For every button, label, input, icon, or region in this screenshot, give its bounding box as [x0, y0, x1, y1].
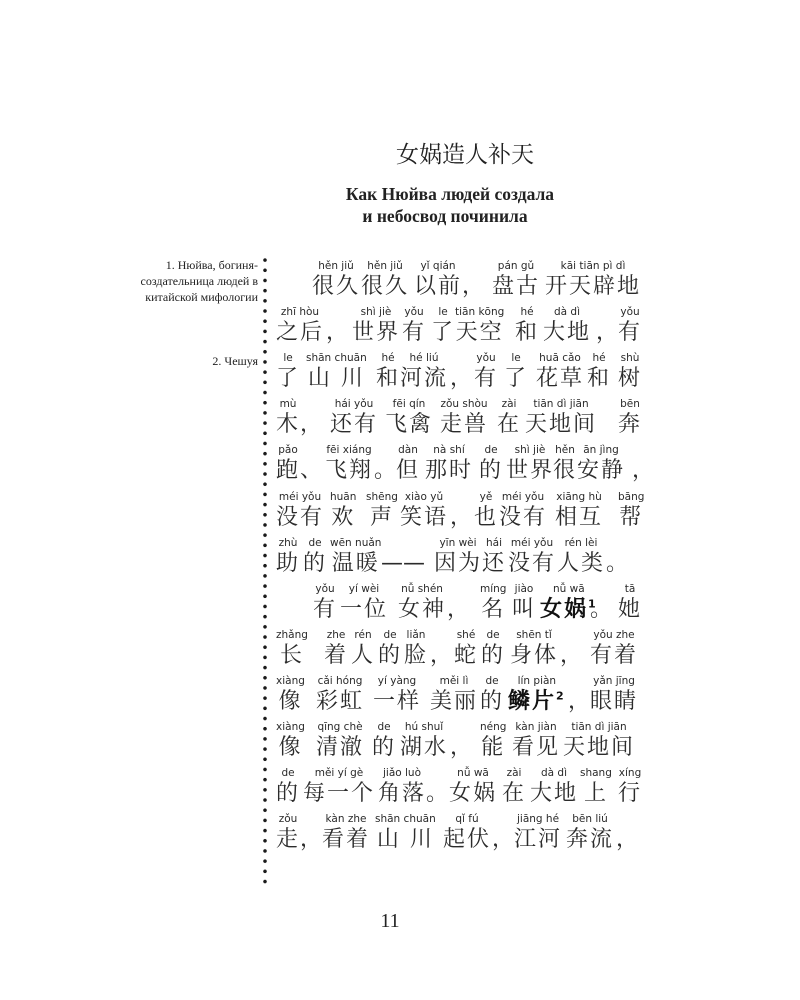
- text-line: xiàng像cǎi hóng彩虹yí yàng一样měi lì美丽de的lín …: [0, 674, 800, 720]
- subtitle-line-2: и небосвод починила: [0, 206, 800, 227]
- pinyin: mù: [280, 397, 297, 412]
- hanzi: 有: [402, 320, 426, 346]
- pinyin: zài: [502, 397, 517, 412]
- hanzi: 在: [502, 781, 526, 807]
- hanzi: 但: [396, 458, 420, 484]
- pinyin: bēn: [620, 397, 640, 412]
- pinyin: hěn jiǔ: [367, 259, 403, 274]
- hanzi: 很久: [361, 274, 409, 300]
- hanzi: 女神: [398, 597, 446, 623]
- word: yǒu zhe有着: [590, 628, 638, 669]
- hanzi: 一样: [373, 689, 421, 715]
- pinyin: de: [383, 628, 396, 643]
- punctuation: 。: [590, 597, 612, 623]
- hanzi: 和: [515, 320, 539, 346]
- word: bēn liú奔流: [566, 812, 614, 853]
- text-line: zhù助de的wēn nuǎn温暖——yīn wèi因为hái还méi yǒu没…: [0, 536, 800, 582]
- pinyin: tā: [625, 582, 636, 597]
- punctuation: ，: [447, 597, 469, 623]
- pinyin: měi yí gè: [315, 766, 364, 781]
- hanzi: 看着: [322, 827, 370, 853]
- pinyin: hái: [486, 536, 502, 551]
- hanzi: 有: [313, 597, 337, 623]
- pinyin: kàn jiàn: [515, 720, 556, 735]
- hanzi: 那时: [425, 458, 473, 484]
- hanzi: 没有: [499, 505, 547, 531]
- text-line: zǒu走，kàn zhe看着shān chuān山 川qǐ fú起伏，jiāng…: [0, 812, 800, 858]
- hanzi: 叫: [512, 597, 536, 623]
- word: xiào yǔ笑语: [400, 490, 448, 531]
- pinyin: xiào yǔ: [405, 490, 443, 505]
- pinyin: nǚ shén: [401, 582, 443, 597]
- word: huā cǎo花草: [536, 351, 584, 392]
- hanzi: 盘古: [492, 274, 540, 300]
- text-line: de的měi yí gè每一个jiǎo luò角落。nǚ wā女娲zài在dà …: [0, 766, 800, 812]
- word: rén lèi人类: [557, 536, 605, 577]
- word: de的: [479, 443, 503, 484]
- pinyin: yǒu: [476, 351, 495, 366]
- pinyin: shì jiè: [515, 443, 546, 458]
- hanzi: 能: [481, 735, 505, 761]
- pinyin: yě: [480, 490, 493, 505]
- word: de的: [303, 536, 327, 577]
- punctuation: 。: [606, 551, 628, 577]
- hanzi: 有: [474, 366, 498, 392]
- pinyin: tiān dì jiān: [533, 397, 588, 412]
- word: yǎn jīng眼睛: [590, 674, 638, 715]
- word: dàn但: [396, 443, 420, 484]
- word: méi yǒu没有: [508, 536, 556, 577]
- punctuation: ，: [560, 643, 582, 669]
- word: jiǎo luò角落: [378, 766, 426, 807]
- hanzi: 木: [276, 412, 300, 438]
- hanzi: 女娲: [449, 781, 497, 807]
- pinyin: le: [283, 351, 292, 366]
- word: xiāng hù相互: [555, 490, 603, 531]
- hanzi: 眼睛: [590, 689, 638, 715]
- pinyin: le: [438, 305, 447, 320]
- pinyin: de: [281, 766, 294, 781]
- hanzi: 温暖: [332, 551, 380, 577]
- pinyin: de: [377, 720, 390, 735]
- pinyin: hú shuǐ: [405, 720, 443, 735]
- hanzi: 的: [479, 458, 503, 484]
- hanzi: 飞禽: [385, 412, 433, 438]
- pinyin: yǒu: [620, 305, 639, 320]
- word: yǒu有: [313, 582, 337, 623]
- text-line: méi yǒu没有huān欢shēng声xiào yǔ笑语，yě也méi yǒu…: [0, 490, 800, 536]
- word: zhù助: [276, 536, 300, 577]
- word: bēn奔: [618, 397, 642, 438]
- pinyin: zhù: [279, 536, 298, 551]
- word: shēn tǐ身体: [510, 628, 558, 669]
- pinyin: hái yǒu: [335, 397, 374, 412]
- pinyin: zhe: [327, 628, 346, 643]
- pinyin: ān jìng: [583, 443, 619, 458]
- punctuation: ，: [300, 827, 322, 853]
- hanzi: 每一个: [303, 781, 375, 807]
- pinyin: nǚ wā: [553, 582, 585, 597]
- hanzi: 帮: [619, 505, 643, 531]
- pinyin: shì jiè: [361, 305, 392, 320]
- pinyin: hé: [592, 351, 605, 366]
- word: fēi qín飞禽: [385, 397, 433, 438]
- pinyin: hěn jiǔ: [318, 259, 354, 274]
- pinyin: míng: [480, 582, 506, 597]
- punctuation: ，: [462, 274, 484, 300]
- pinyin: néng: [480, 720, 506, 735]
- word: qǐ fú起伏: [443, 812, 491, 853]
- pinyin: zhī hòu: [281, 305, 319, 320]
- pinyin: pǎo: [278, 443, 298, 458]
- pinyin: nà shí: [433, 443, 464, 458]
- hanzi: 角落: [378, 781, 426, 807]
- pinyin: dà dì: [554, 305, 580, 320]
- punctuation: 。: [426, 781, 448, 807]
- hanzi: 跑: [276, 458, 300, 484]
- punctuation: ，: [326, 320, 348, 346]
- word: zhī hòu之后: [276, 305, 324, 346]
- hanzi: 身体: [510, 643, 558, 669]
- word: rén人: [351, 628, 375, 669]
- hanzi: 有: [618, 320, 642, 346]
- word: bāng帮: [618, 490, 644, 531]
- word: pán gǔ盘古: [492, 259, 540, 300]
- word: dà dì大地: [530, 766, 578, 807]
- word: jiào叫: [512, 582, 536, 623]
- pinyin: xíng: [619, 766, 641, 781]
- punctuation: ，: [450, 735, 472, 761]
- word: de的: [378, 628, 402, 669]
- hanzi: 和: [376, 366, 400, 392]
- hanzi: 的: [303, 551, 327, 577]
- word: shān chuān山 川: [375, 812, 436, 853]
- hanzi: 奔流: [566, 827, 614, 853]
- hanzi: 美丽: [430, 689, 478, 715]
- word: hái yǒu还有: [330, 397, 378, 438]
- punctuation: ，: [300, 412, 322, 438]
- word: xíng行: [618, 766, 642, 807]
- word: mù木: [276, 397, 300, 438]
- pinyin: jiāng hé: [517, 812, 559, 827]
- hanzi: 人: [351, 643, 375, 669]
- hanzi: 天空: [456, 320, 504, 346]
- hanzi: 有着: [590, 643, 638, 669]
- hanzi: 欢: [331, 505, 355, 531]
- hanzi: 天地间: [525, 412, 597, 438]
- hanzi: 大地: [543, 320, 591, 346]
- page-title: 女娲造人补天: [0, 136, 800, 169]
- word: yīn wèi因为: [434, 536, 482, 577]
- pinyin: shān chuān: [306, 351, 367, 366]
- text-line: zhī hòu之后，shì jiè世界yǒu有le了tiān kōng天空hé和…: [0, 305, 800, 351]
- pinyin: shang: [580, 766, 612, 781]
- pinyin: jiǎo luò: [383, 766, 421, 781]
- word: hái还: [482, 536, 506, 577]
- text-line: hěn jiǔ很久hěn jiǔ很久yǐ qián以前，pán gǔ盘古kāi …: [0, 259, 800, 305]
- pinyin: kàn zhe: [326, 812, 367, 827]
- word: le了: [276, 351, 300, 392]
- hanzi: 的: [480, 689, 504, 715]
- hanzi: 了: [504, 366, 528, 392]
- pinyin: jiào: [515, 582, 534, 597]
- word: pǎo跑: [276, 443, 300, 484]
- hanzi: 彩虹: [316, 689, 364, 715]
- pinyin: de: [485, 674, 498, 689]
- word: cǎi hóng彩虹: [316, 674, 364, 715]
- subtitle-line-1: Как Нюйва людей создала: [0, 184, 800, 205]
- word: de的: [276, 766, 300, 807]
- pinyin: rén: [354, 628, 371, 643]
- word: hé和: [515, 305, 539, 346]
- pinyin: de: [486, 628, 499, 643]
- punctuation: ，: [450, 366, 472, 392]
- pinyin: méi yǒu: [511, 536, 553, 551]
- pinyin: de: [484, 443, 497, 458]
- hanzi: 了: [431, 320, 455, 346]
- glossed-term: 鳞片2: [508, 689, 566, 715]
- word: zhǎng长: [276, 628, 308, 669]
- word: shì jiè世界: [506, 443, 554, 484]
- word: nǚ shén女神: [398, 582, 446, 623]
- pinyin: xiāng hù: [556, 490, 602, 505]
- hanzi: 世界: [352, 320, 400, 346]
- punctuation: ，: [616, 827, 638, 853]
- hanzi: 蛇: [454, 643, 478, 669]
- word: yí wèi一位: [340, 582, 388, 623]
- word: le了: [504, 351, 528, 392]
- pinyin: shé: [457, 628, 476, 643]
- hanzi: 她: [618, 597, 642, 623]
- pinyin: cǎi hóng: [318, 674, 363, 689]
- hanzi: 助: [276, 551, 300, 577]
- word: shé蛇: [454, 628, 478, 669]
- hanzi: 河流: [400, 366, 448, 392]
- hanzi: 名: [481, 597, 505, 623]
- hanzi: 相互: [555, 505, 603, 531]
- hanzi: 大地: [530, 781, 578, 807]
- hanzi: 很久: [312, 274, 360, 300]
- word: zǒu走: [276, 812, 300, 853]
- text-line: yǒu有yí wèi一位nǚ shén女神，míng名jiào叫nǚ wā女娲1…: [0, 582, 800, 628]
- punctuation: ，: [450, 505, 472, 531]
- word: yǒu有: [402, 305, 426, 346]
- hanzi: 没有: [276, 505, 324, 531]
- text-line: pǎo跑、fēi xiáng飞翔。dàn但nà shí那时de的shì jiè世…: [0, 443, 800, 489]
- word: zài在: [497, 397, 521, 438]
- text-line: le了shān chuān山 川hé和hé liú河流，yǒu有le了huā c…: [0, 351, 800, 397]
- pinyin: yí yàng: [378, 674, 416, 689]
- pinyin: yǎn jīng: [593, 674, 635, 689]
- hanzi: 树: [618, 366, 642, 392]
- hanzi: 走: [276, 827, 300, 853]
- word: měi yí gè每一个: [303, 766, 375, 807]
- hanzi: 上: [584, 781, 608, 807]
- hanzi: 还: [482, 551, 506, 577]
- hanzi: 以前: [414, 274, 462, 300]
- word: shì jiè世界: [352, 305, 400, 346]
- hanzi: 的: [276, 781, 300, 807]
- hanzi: 行: [618, 781, 642, 807]
- word: tiān dì jiān天地间: [563, 720, 635, 761]
- pinyin: qīng chè: [317, 720, 362, 735]
- hanzi: 天地间: [563, 735, 635, 761]
- hanzi: 也: [474, 505, 498, 531]
- footnote-marker: 2: [556, 690, 566, 703]
- word: zhe着: [324, 628, 348, 669]
- pinyin: yí wèi: [349, 582, 379, 597]
- pinyin: méi yǒu: [279, 490, 321, 505]
- word: de的: [372, 720, 396, 761]
- word: huān欢: [330, 490, 356, 531]
- pinyin: qǐ fú: [455, 812, 478, 827]
- word: hú shuǐ湖水: [400, 720, 448, 761]
- pinyin: xiàng: [276, 674, 305, 689]
- hanzi: 笑语: [400, 505, 448, 531]
- pinyin: yǒu: [315, 582, 334, 597]
- pinyin: shēng: [366, 490, 398, 505]
- hanzi: 山 川: [308, 366, 365, 392]
- hanzi: 山 川: [377, 827, 434, 853]
- word: fēi xiáng飞翔: [325, 443, 373, 484]
- word: hé和: [587, 351, 611, 392]
- pinyin: le: [511, 351, 520, 366]
- hanzi: 着: [324, 643, 348, 669]
- punctuation: 。: [374, 458, 396, 484]
- word: shang上: [580, 766, 612, 807]
- pinyin: yǒu: [404, 305, 423, 320]
- hanzi: 像: [278, 735, 302, 761]
- word: yǒu有: [474, 351, 498, 392]
- hanzi: 人类: [557, 551, 605, 577]
- word: shù树: [618, 351, 642, 392]
- hanzi: 的: [481, 643, 505, 669]
- pinyin: tiān kōng: [455, 305, 504, 320]
- text-line: mù木，hái yǒu还有fēi qín飞禽zǒu shòu走兽zài在tiān…: [0, 397, 800, 443]
- punctuation: ，: [492, 827, 514, 853]
- pinyin: nǚ wā: [457, 766, 489, 781]
- hanzi: 花草: [536, 366, 584, 392]
- pinyin: tiān dì jiān: [571, 720, 626, 735]
- pinyin: zhǎng: [276, 628, 308, 643]
- pinyin: yīn wèi: [439, 536, 476, 551]
- punctuation: ——: [381, 551, 425, 577]
- punctuation: ，: [632, 458, 654, 484]
- pinyin: hěn: [555, 443, 575, 458]
- word: yǒu有: [618, 305, 642, 346]
- hanzi: 安静: [577, 458, 625, 484]
- word: zài在: [502, 766, 526, 807]
- pinyin: fēi xiáng: [326, 443, 371, 458]
- pinyin: zǒu shòu: [440, 397, 487, 412]
- pinyin: bāng: [618, 490, 644, 505]
- word: néng能: [480, 720, 506, 761]
- word: hěn jiǔ很久: [361, 259, 409, 300]
- pinyin: dà dì: [541, 766, 567, 781]
- word: le了: [431, 305, 455, 346]
- punctuation: ，: [568, 689, 590, 715]
- pinyin: fēi qín: [393, 397, 426, 412]
- word: yí yàng一样: [373, 674, 421, 715]
- hanzi: 看见: [512, 735, 560, 761]
- word: nǚ wā女娲: [449, 766, 497, 807]
- word: lín piàn鳞片2: [508, 674, 566, 715]
- word: shān chuān山 川: [306, 351, 367, 392]
- pinyin: bēn liú: [572, 812, 608, 827]
- pinyin: hé: [381, 351, 394, 366]
- pinyin: xiàng: [276, 720, 305, 735]
- word: tiān dì jiān天地间: [525, 397, 597, 438]
- word: zǒu shòu走兽: [440, 397, 488, 438]
- pinyin: liǎn: [407, 628, 426, 643]
- hanzi: 了: [276, 366, 300, 392]
- word: hěn很: [553, 443, 577, 484]
- pinyin: hé: [520, 305, 533, 320]
- word: tiān kōng天空: [455, 305, 504, 346]
- hanzi: 飞翔: [325, 458, 373, 484]
- hanzi: 还有: [330, 412, 378, 438]
- hanzi: 没有: [508, 551, 556, 577]
- punctuation: ，: [596, 320, 618, 346]
- word: yǐ qián以前: [414, 259, 462, 300]
- pinyin: hé liú: [410, 351, 439, 366]
- hanzi: 在: [497, 412, 521, 438]
- word: kāi tiān pì dì开天辟地: [545, 259, 641, 300]
- punctuation: 、: [300, 458, 322, 484]
- hanzi: 和: [587, 366, 611, 392]
- hanzi: 的: [378, 643, 402, 669]
- word: nà shí那时: [425, 443, 473, 484]
- word: yě也: [474, 490, 498, 531]
- word: shēng声: [366, 490, 398, 531]
- pinyin: wēn nuǎn: [330, 536, 381, 551]
- pinyin: huā cǎo: [539, 351, 581, 366]
- pinyin: rén lèi: [565, 536, 598, 551]
- pinyin: měi lì: [440, 674, 469, 689]
- pinyin: zài: [507, 766, 522, 781]
- pinyin: méi yǒu: [502, 490, 544, 505]
- hanzi: 清澈: [316, 735, 364, 761]
- word: měi lì美丽: [430, 674, 478, 715]
- hanzi: 很: [553, 458, 577, 484]
- hanzi: 奔: [618, 412, 642, 438]
- word: dà dì大地: [543, 305, 591, 346]
- hanzi: 江河: [514, 827, 562, 853]
- pinyin: zǒu: [279, 812, 298, 827]
- word: liǎn脸: [404, 628, 428, 669]
- pinyin: kāi tiān pì dì: [561, 259, 626, 274]
- hanzi: 一位: [340, 597, 388, 623]
- text-line: zhǎng长zhe着rén人de的liǎn脸，shé蛇de的shēn tǐ身体，…: [0, 628, 800, 674]
- word: xiàng像: [276, 674, 305, 715]
- hanzi: 像: [278, 689, 302, 715]
- hanzi: 长: [280, 643, 304, 669]
- pinyin: shēn tǐ: [516, 628, 552, 643]
- word: tā她: [618, 582, 642, 623]
- word: méi yǒu没有: [499, 490, 547, 531]
- pinyin: shù: [621, 351, 640, 366]
- hanzi: 的: [372, 735, 396, 761]
- hanzi: 声: [370, 505, 394, 531]
- hanzi: 之后: [276, 320, 324, 346]
- page-number: 11: [0, 910, 780, 933]
- word: míng名: [480, 582, 506, 623]
- word: kàn zhe看着: [322, 812, 370, 853]
- word: qīng chè清澈: [316, 720, 364, 761]
- word: méi yǒu没有: [276, 490, 324, 531]
- word: hé和: [376, 351, 400, 392]
- pinyin: lín piàn: [518, 674, 557, 689]
